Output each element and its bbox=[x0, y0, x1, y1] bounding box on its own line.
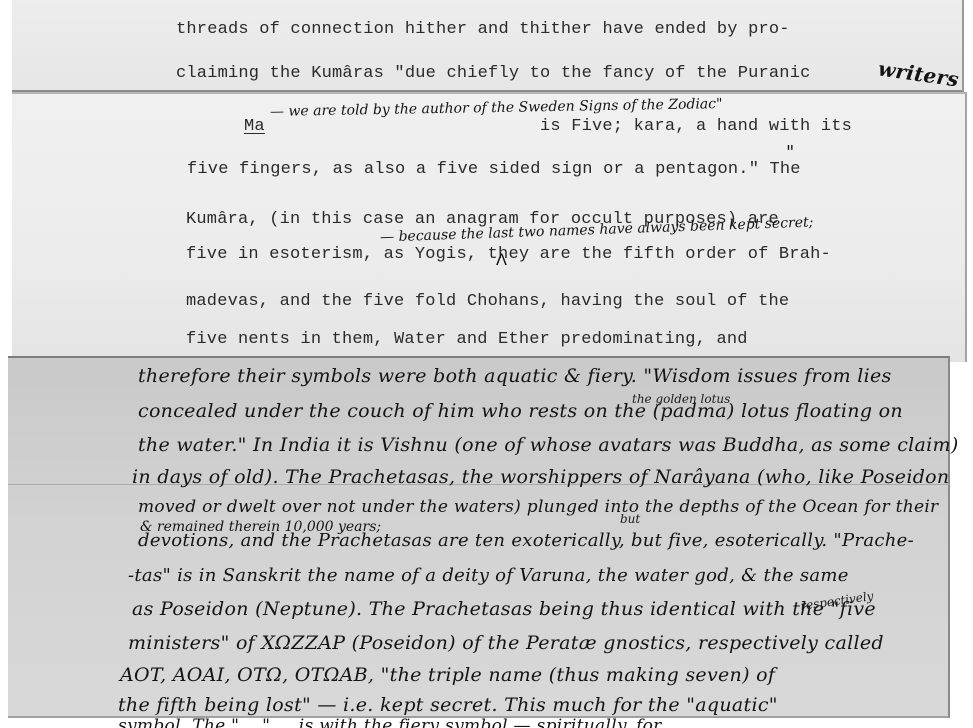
typed-fragment-ma: Ma bbox=[244, 117, 265, 136]
hand-line-1: therefore their symbols were both aquati… bbox=[138, 365, 892, 387]
hand-line-10: AOT, AOAI, OTΩ, OTΩAB, "the triple name … bbox=[120, 664, 775, 686]
typed-line-1: threads of connection hither and thither… bbox=[176, 20, 790, 39]
hand-line-7: -tas" is in Sanskrit the name of a deity… bbox=[128, 565, 849, 586]
typed-line-2: claiming the Kumâras "due chiefly to the… bbox=[176, 64, 811, 83]
hand-line-6: devotions, and the Prachetasas are ten e… bbox=[138, 530, 914, 551]
typed-ma: Ma bbox=[244, 117, 265, 136]
caret-insert-mark: Λ bbox=[496, 250, 507, 269]
insert-but: but bbox=[620, 512, 640, 526]
typed-line-3: is Five; kara, a hand with its bbox=[540, 117, 852, 136]
hand-line-3: the water." In India it is Vishnu (one o… bbox=[138, 434, 959, 456]
hand-line-11: the fifth being lost" — i.e. kept secret… bbox=[118, 694, 778, 716]
hand-line-4: in days of old). The Prachetasas, the wo… bbox=[132, 466, 949, 488]
hand-line-9: ministers" of XΩZZAP (Poseidon) of the P… bbox=[128, 632, 884, 654]
typed-line-6: five in esoterism, as Yogis, they are th… bbox=[186, 245, 831, 264]
hand-line-12: symbol. The "... " ... is with the fiery… bbox=[118, 716, 662, 728]
annotation-quote-mark: " bbox=[786, 142, 794, 163]
typed-line-8: five nents in them, Water and Ether pred… bbox=[186, 330, 748, 349]
hand-line-8: as Poseidon (Neptune). The Prachetasas b… bbox=[132, 598, 876, 620]
typed-line-7: madevas, and the five fold Chohans, havi… bbox=[186, 292, 789, 311]
hand-line-2: concealed under the couch of him who res… bbox=[138, 400, 903, 422]
hand-line-5: moved or dwelt over not under the waters… bbox=[138, 497, 939, 517]
typed-line-4: five fingers, as also a five sided sign … bbox=[187, 160, 801, 179]
